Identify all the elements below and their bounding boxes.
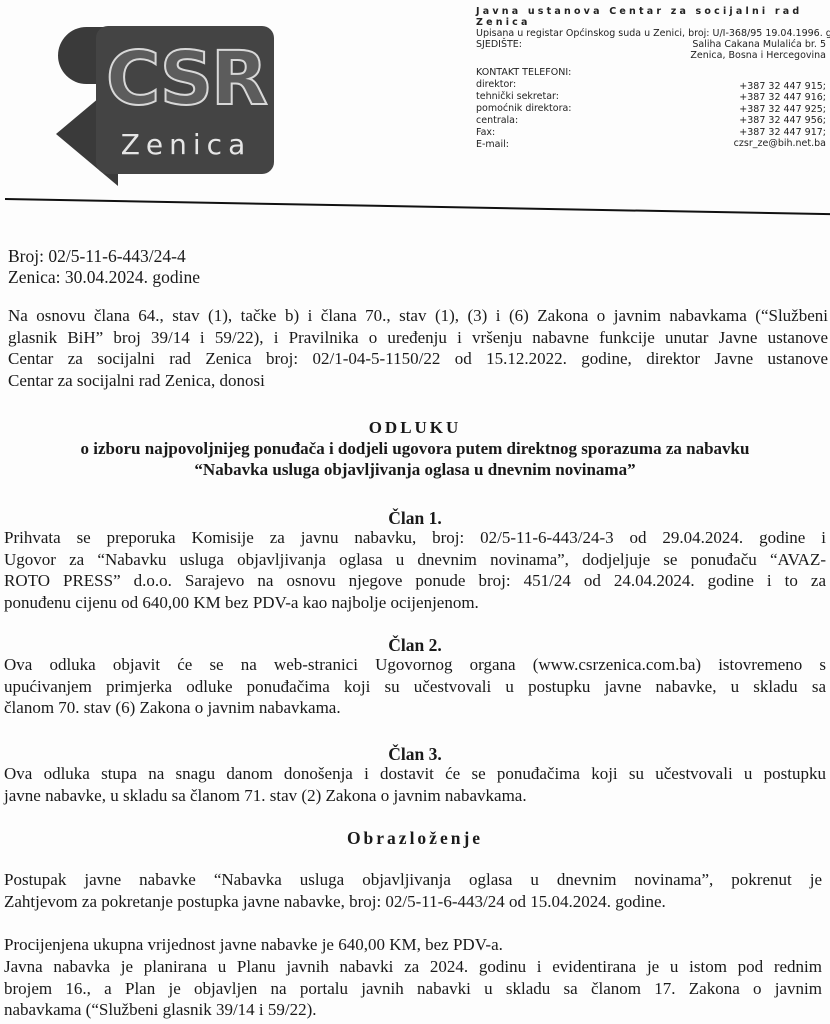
logo-text: CSR: [100, 42, 272, 116]
article-3-heading: Član 3.: [0, 744, 830, 765]
article-1-heading: Član 1.: [0, 508, 830, 529]
reasoning-paragraph-2: Procijenjena ukupna vrijednost javne nab…: [4, 934, 822, 956]
reasoning-heading: Obrazloženje: [0, 828, 830, 849]
document-subtitle: o izboru najpovoljnijeg ponuđača i dodje…: [0, 438, 830, 480]
contact-phone: +387 32 447 916;: [734, 92, 826, 103]
address-line-1: Saliha Cakana Mulalića br. 5: [692, 39, 826, 50]
organization-info: Javna ustanova Centar za socijalni rad Z…: [476, 6, 826, 151]
logo-subtext: Zenica: [100, 128, 272, 161]
intro-line: glasnik BiH” broj 39/14 i 59/22), i Prav…: [8, 327, 828, 349]
org-city: Zenica: [476, 17, 826, 28]
article-2-heading: Član 2.: [0, 635, 830, 656]
contact-phone: +387 32 447 925;: [734, 104, 826, 115]
registration-text: Upisana u registar Općinskog suda u Zeni…: [476, 28, 826, 39]
document-meta: Broj: 02/5-11-6-443/24-4 Zenica: 30.04.2…: [8, 246, 200, 288]
reasoning-paragraph-1: Postupak javne nabavke “Nabavka usluga o…: [4, 869, 822, 912]
org-name: Javna ustanova Centar za socijalni rad: [476, 6, 826, 17]
address-line-2: Zenica, Bosna i Hercegovina: [690, 50, 826, 61]
document-place-date: Zenica: 30.04.2024. godine: [8, 267, 200, 288]
contact-fax: +387 32 447 917;: [734, 127, 826, 138]
intro-line: Centar za socijalni rad Zenica, donosi: [8, 370, 828, 392]
csr-zenica-logo: CSR Zenica: [28, 22, 278, 177]
article-2-text: Ova odluka objavit će se na web-stranici…: [4, 654, 826, 719]
header-divider: [5, 198, 830, 215]
intro-paragraph: Na osnovu člana 64., stav (1), tačke b) …: [8, 305, 828, 391]
article-1-text: Prihvata se preporuka Komisije za javnu …: [4, 527, 826, 613]
intro-line: Centar za socijalni rad Zenica broj: 02/…: [8, 348, 828, 370]
contacts-block: KONTAKT TELEFONI: direktor: tehnički sek…: [476, 67, 826, 151]
contact-phone: +387 32 447 915;: [734, 81, 826, 92]
seat-label: SJEDIŠTE:: [476, 39, 522, 50]
contact-email: czsr_ze@bih.net.ba: [734, 138, 826, 149]
document-number: Broj: 02/5-11-6-443/24-4: [8, 246, 200, 267]
reasoning-paragraph-3: Javna nabavka je planirana u Planu javni…: [4, 956, 822, 1021]
contact-phone: +387 32 447 956;: [734, 115, 826, 126]
article-3-text: Ova odluka stupa na snagu danom donošenj…: [4, 763, 826, 806]
contacts-label: KONTAKT TELEFONI:: [476, 67, 826, 79]
intro-line: Na osnovu člana 64., stav (1), tačke b) …: [8, 305, 828, 327]
document-title: ODLUKU: [0, 417, 830, 438]
